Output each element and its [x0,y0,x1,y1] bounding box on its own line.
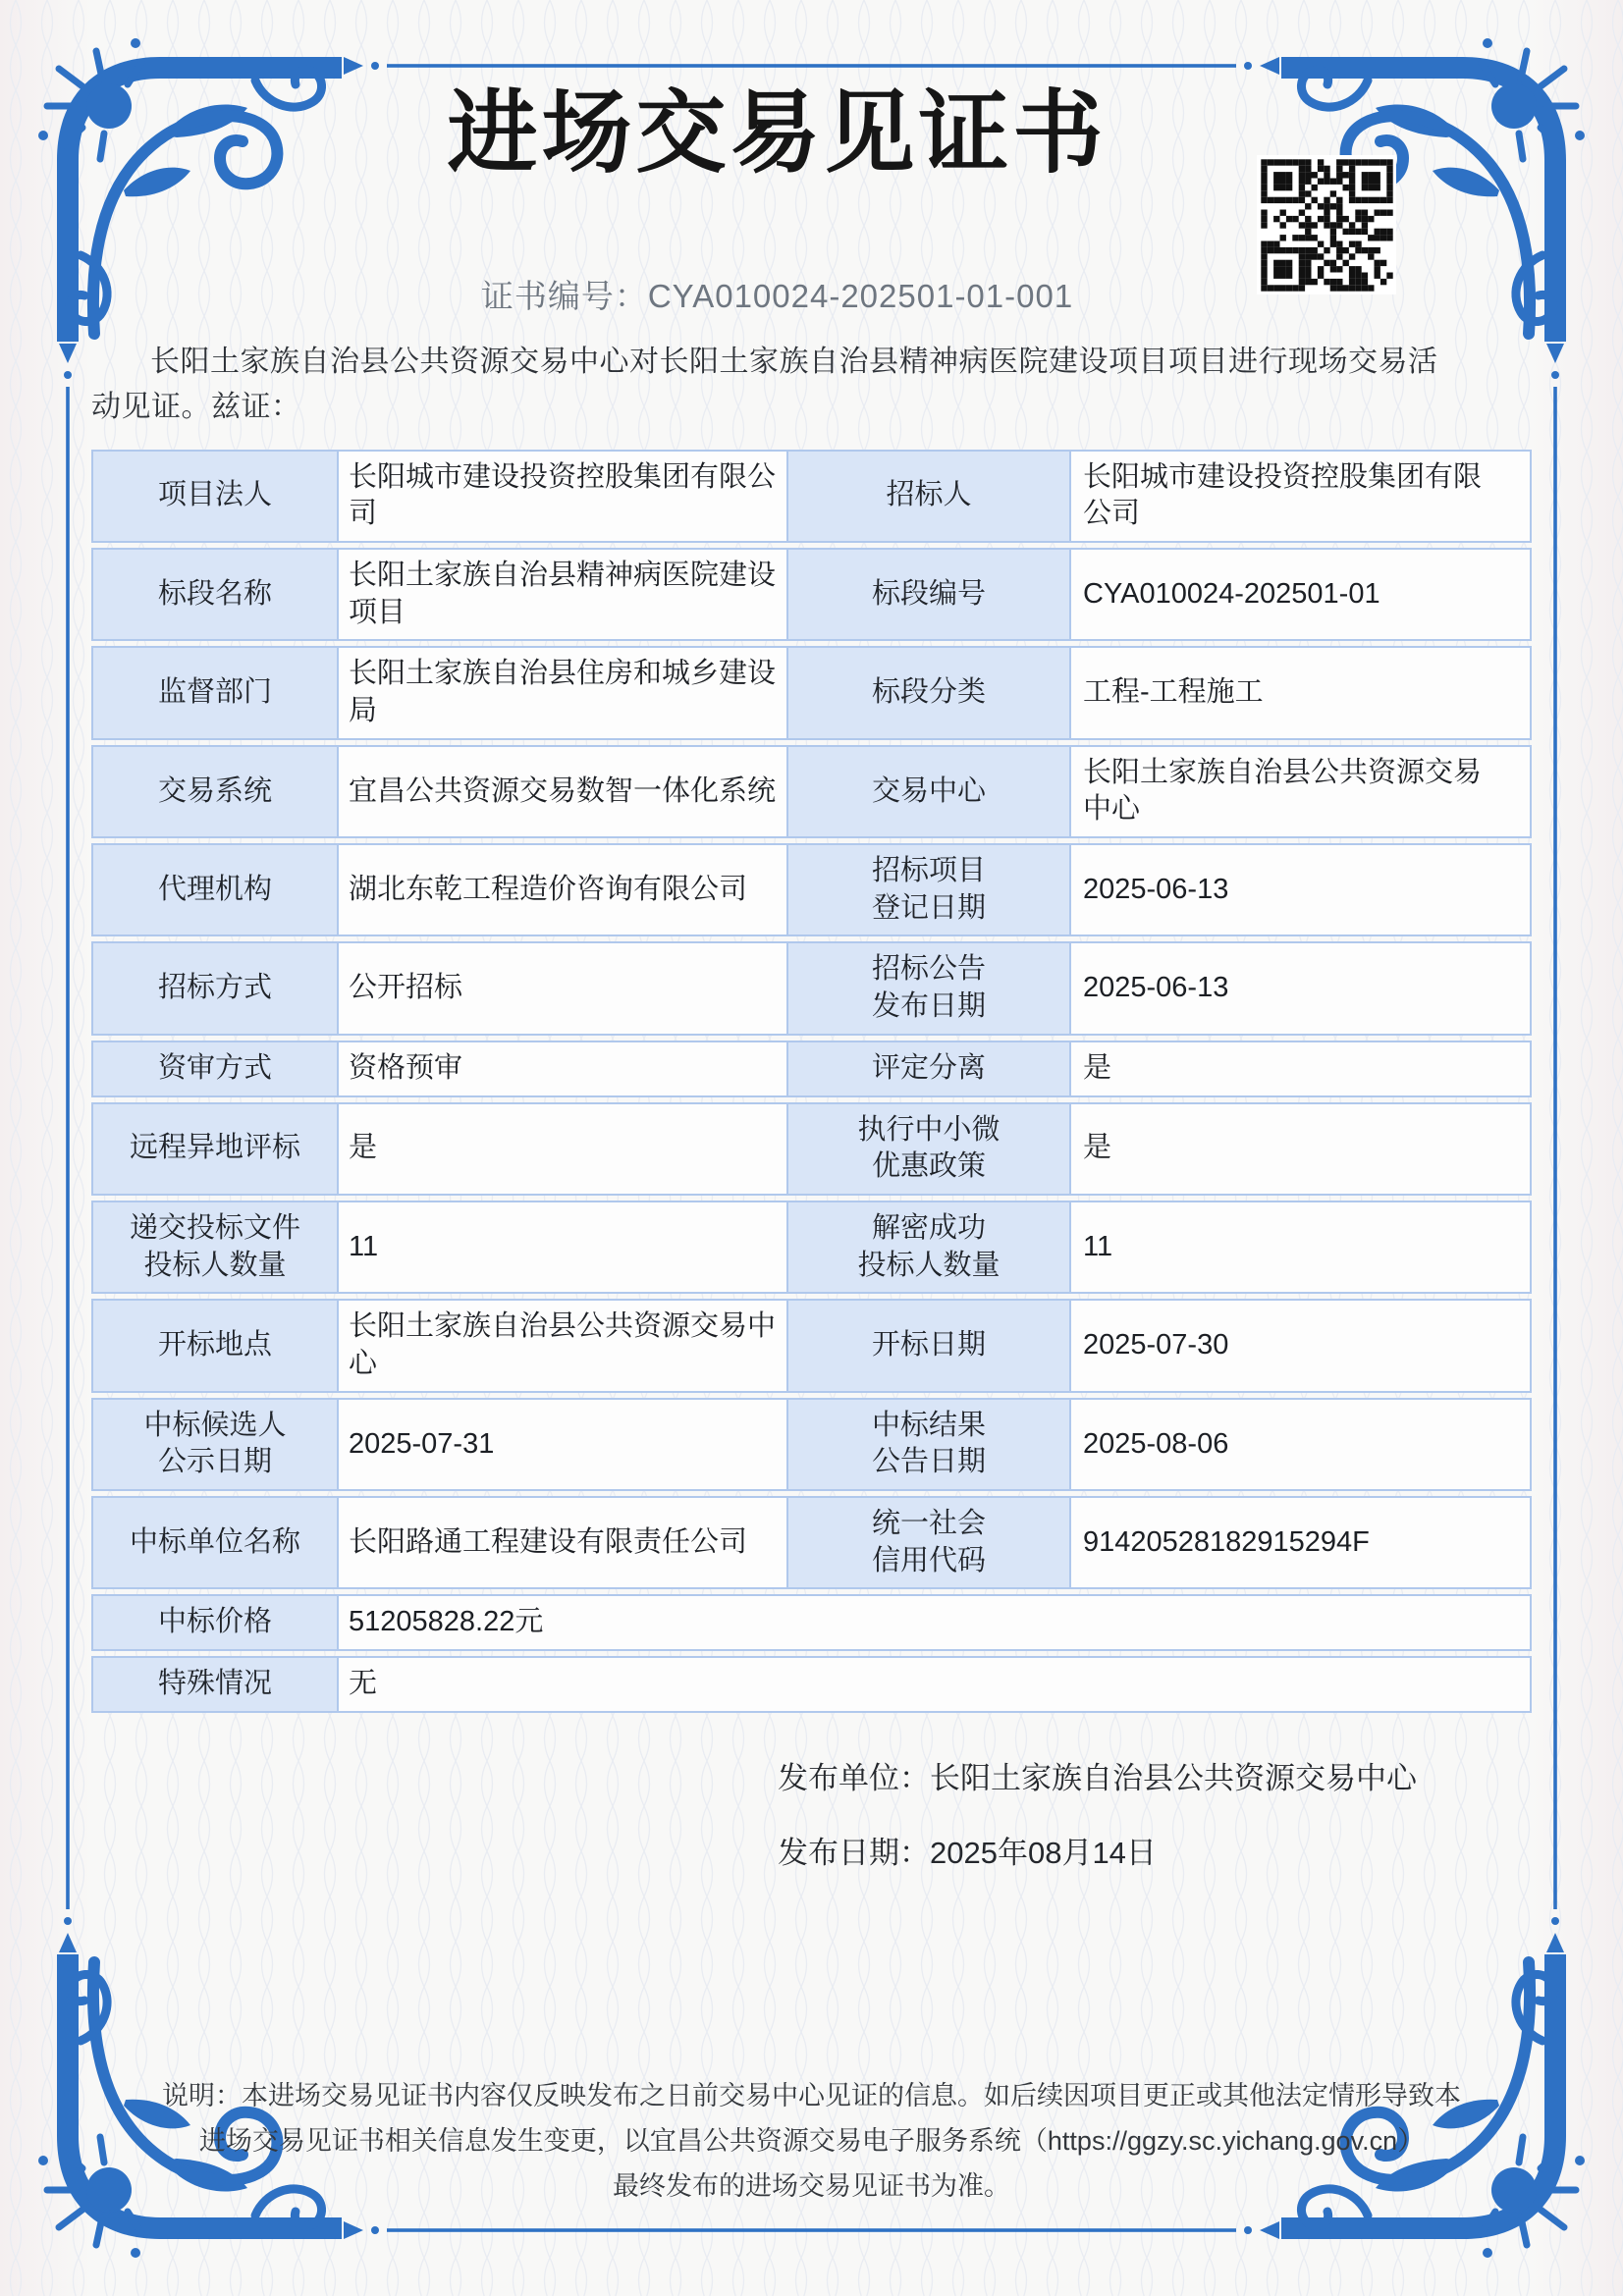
field-value: 工程-工程施工 [1069,646,1532,739]
field-value: 51205828.22元 [337,1594,1532,1651]
field-value: CYA010024-202501-01 [1069,548,1532,641]
field-value: 公开招标 [337,941,788,1035]
footer-disclaimer: 说明：本进场交易见证书内容仅反映发布之日前交易中心见证的信息。如后续因项目更正或… [0,2073,1623,2209]
field-value: 2025-08-06 [1069,1398,1532,1491]
certificate-table: 项目法人 长阳城市建设投资控股集团有限公司 招标人 长阳城市建设投资控股集团有限… [91,450,1532,1713]
field-value: 2025-07-30 [1069,1299,1532,1392]
field-label: 标段分类 [786,646,1071,739]
field-value: 11 [337,1201,788,1294]
field-label: 递交投标文件 投标人数量 [91,1201,339,1294]
publisher-unit-line: 发布单位：长阳土家族自治县公共资源交易中心 [778,1758,1532,1799]
publisher-block: 发布单位：长阳土家族自治县公共资源交易中心 发布日期：2025年08月14日 [778,1758,1532,1874]
certificate-content: 进场交易见证书 证书编号：CYA010024-202501-01-001 长阳土… [91,88,1532,1874]
field-label: 解密成功 投标人数量 [786,1201,1071,1294]
publisher-date-label: 发布日期： [778,1836,930,1870]
field-label: 特殊情况 [91,1656,339,1713]
field-label: 招标方式 [91,941,339,1035]
field-value: 长阳路通工程建设有限责任公司 [337,1496,788,1589]
field-label: 中标单位名称 [91,1496,339,1589]
field-value: 无 [337,1656,1532,1713]
field-label: 招标项目 登记日期 [786,843,1071,936]
border-line-bottom [342,2219,1281,2241]
field-value: 是 [1069,1041,1532,1097]
field-label: 资审方式 [91,1041,339,1097]
field-value: 11 [1069,1201,1532,1294]
field-value: 资格预审 [337,1041,788,1097]
intro-paragraph: 长阳土家族自治县公共资源交易中心对长阳土家族自治县精神病医院建设项目项目进行现场… [91,340,1532,430]
publisher-date-line: 发布日期：2025年08月14日 [778,1833,1532,1874]
field-value: 是 [1069,1102,1532,1196]
field-label: 中标结果 公告日期 [786,1398,1071,1491]
field-value: 湖北东乾工程造价咨询有限公司 [337,843,788,936]
publisher-unit-value: 长阳土家族自治县公共资源交易中心 [930,1761,1417,1795]
border-line-left [57,342,79,1954]
border-line-right [1544,342,1566,1954]
field-label: 开标地点 [91,1299,339,1392]
certificate-number-label: 证书编号： [481,278,648,314]
field-label: 招标公告 发布日期 [786,941,1071,1035]
field-label: 监督部门 [91,646,339,739]
field-label: 标段名称 [91,548,339,641]
field-value: 长阳土家族自治县精神病医院建设项目 [337,548,788,641]
publisher-unit-label: 发布单位： [778,1761,930,1795]
field-label: 中标候选人 公示日期 [91,1398,339,1491]
field-label: 代理机构 [91,843,339,936]
field-value: 是 [337,1102,788,1196]
field-label: 远程异地评标 [91,1102,339,1196]
field-value: 2025-06-13 [1069,941,1532,1035]
field-label: 项目法人 [91,450,339,543]
field-value: 宜昌公共资源交易数智一体化系统 [337,745,788,838]
field-value: 长阳城市建设投资控股集团有限公司 [1069,450,1532,543]
field-label: 执行中小微 优惠政策 [786,1102,1071,1196]
field-label: 评定分离 [786,1041,1071,1097]
certificate-page: 进场交易见证书 证书编号：CYA010024-202501-01-001 长阳土… [0,0,1623,2296]
field-label: 交易系统 [91,745,339,838]
field-value: 91420528182915294F [1069,1496,1532,1589]
field-label: 统一社会 信用代码 [786,1496,1071,1589]
field-label: 招标人 [786,450,1071,543]
qr-code [1257,155,1396,294]
field-label: 开标日期 [786,1299,1071,1392]
field-label: 中标价格 [91,1594,339,1651]
field-value: 2025-06-13 [1069,843,1532,936]
certificate-number-value: CYA010024-202501-01-001 [648,278,1073,314]
field-label: 标段编号 [786,548,1071,641]
field-value: 长阳土家族自治县公共资源交易中心 [337,1299,788,1392]
publisher-date-value: 2025年08月14日 [930,1836,1157,1870]
field-label: 交易中心 [786,745,1071,838]
field-value: 长阳土家族自治县住房和城乡建设局 [337,646,788,739]
field-value: 2025-07-31 [337,1398,788,1491]
field-value: 长阳城市建设投资控股集团有限公司 [337,450,788,543]
field-value: 长阳土家族自治县公共资源交易中心 [1069,745,1532,838]
border-line-top [342,55,1281,77]
